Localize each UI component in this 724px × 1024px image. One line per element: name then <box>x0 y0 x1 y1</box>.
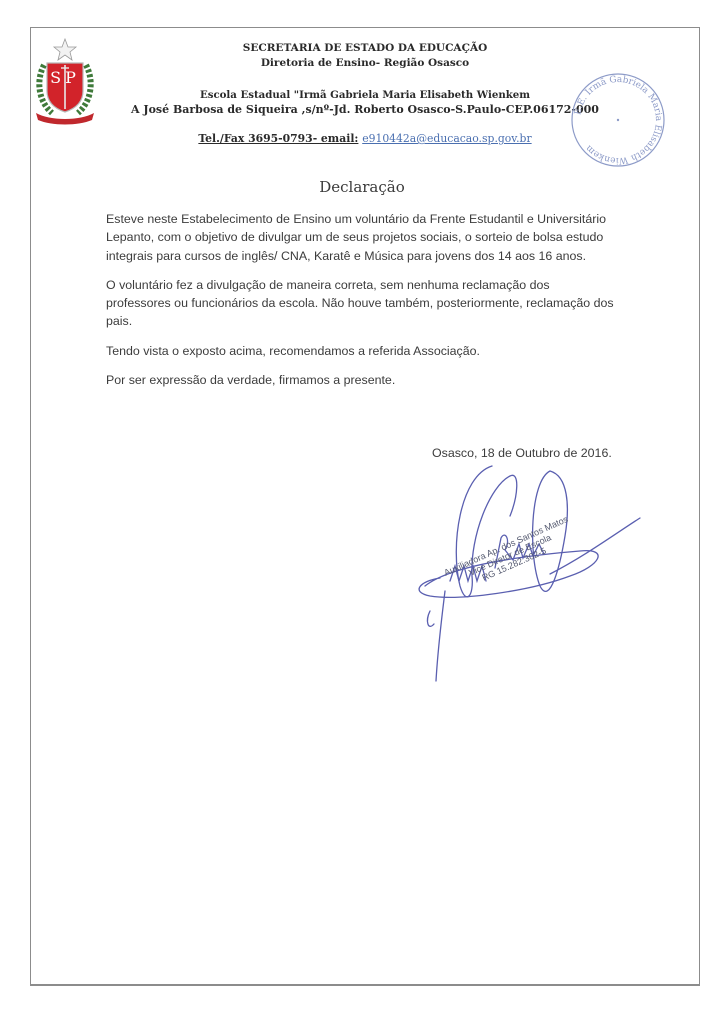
paragraph: O voluntário fez a divulgação de maneira… <box>106 276 616 331</box>
phone-fax-label: Tel./Fax 3695-0793- email: <box>198 132 358 145</box>
paragraph: Esteve neste Estabelecimento de Ensino u… <box>106 210 616 265</box>
paragraph: Por ser expressão da verdade, firmamos a… <box>106 371 616 389</box>
directorate-name: Diretoria de Ensino- Região Osasco <box>100 56 630 71</box>
email-link[interactable]: e910442a@educacao.sp.gov.br <box>362 132 531 145</box>
secretariat-name: SECRETARIA DE ESTADO DA EDUCAÇÃO <box>100 41 630 56</box>
school-name: Escola Estadual "Irmã Gabriela Maria Eli… <box>100 88 630 102</box>
document-title: Declaração <box>0 178 724 196</box>
school-round-stamp-icon: E.E. Irmã Gabriela Maria Elisabeth Wienk… <box>566 70 670 170</box>
letterhead: SECRETARIA DE ESTADO DA EDUCAÇÃO Diretor… <box>100 41 630 146</box>
contact-line: Tel./Fax 3695-0793- email: e910442a@educ… <box>100 131 630 146</box>
paragraph: Tendo vista o exposto acima, recomendamo… <box>106 342 616 360</box>
crest-letters: SP <box>50 68 80 87</box>
document-body: Esteve neste Estabelecimento de Ensino u… <box>106 210 616 400</box>
school-address: A José Barbosa de Siqueira ,s/nº-Jd. Rob… <box>80 102 650 117</box>
